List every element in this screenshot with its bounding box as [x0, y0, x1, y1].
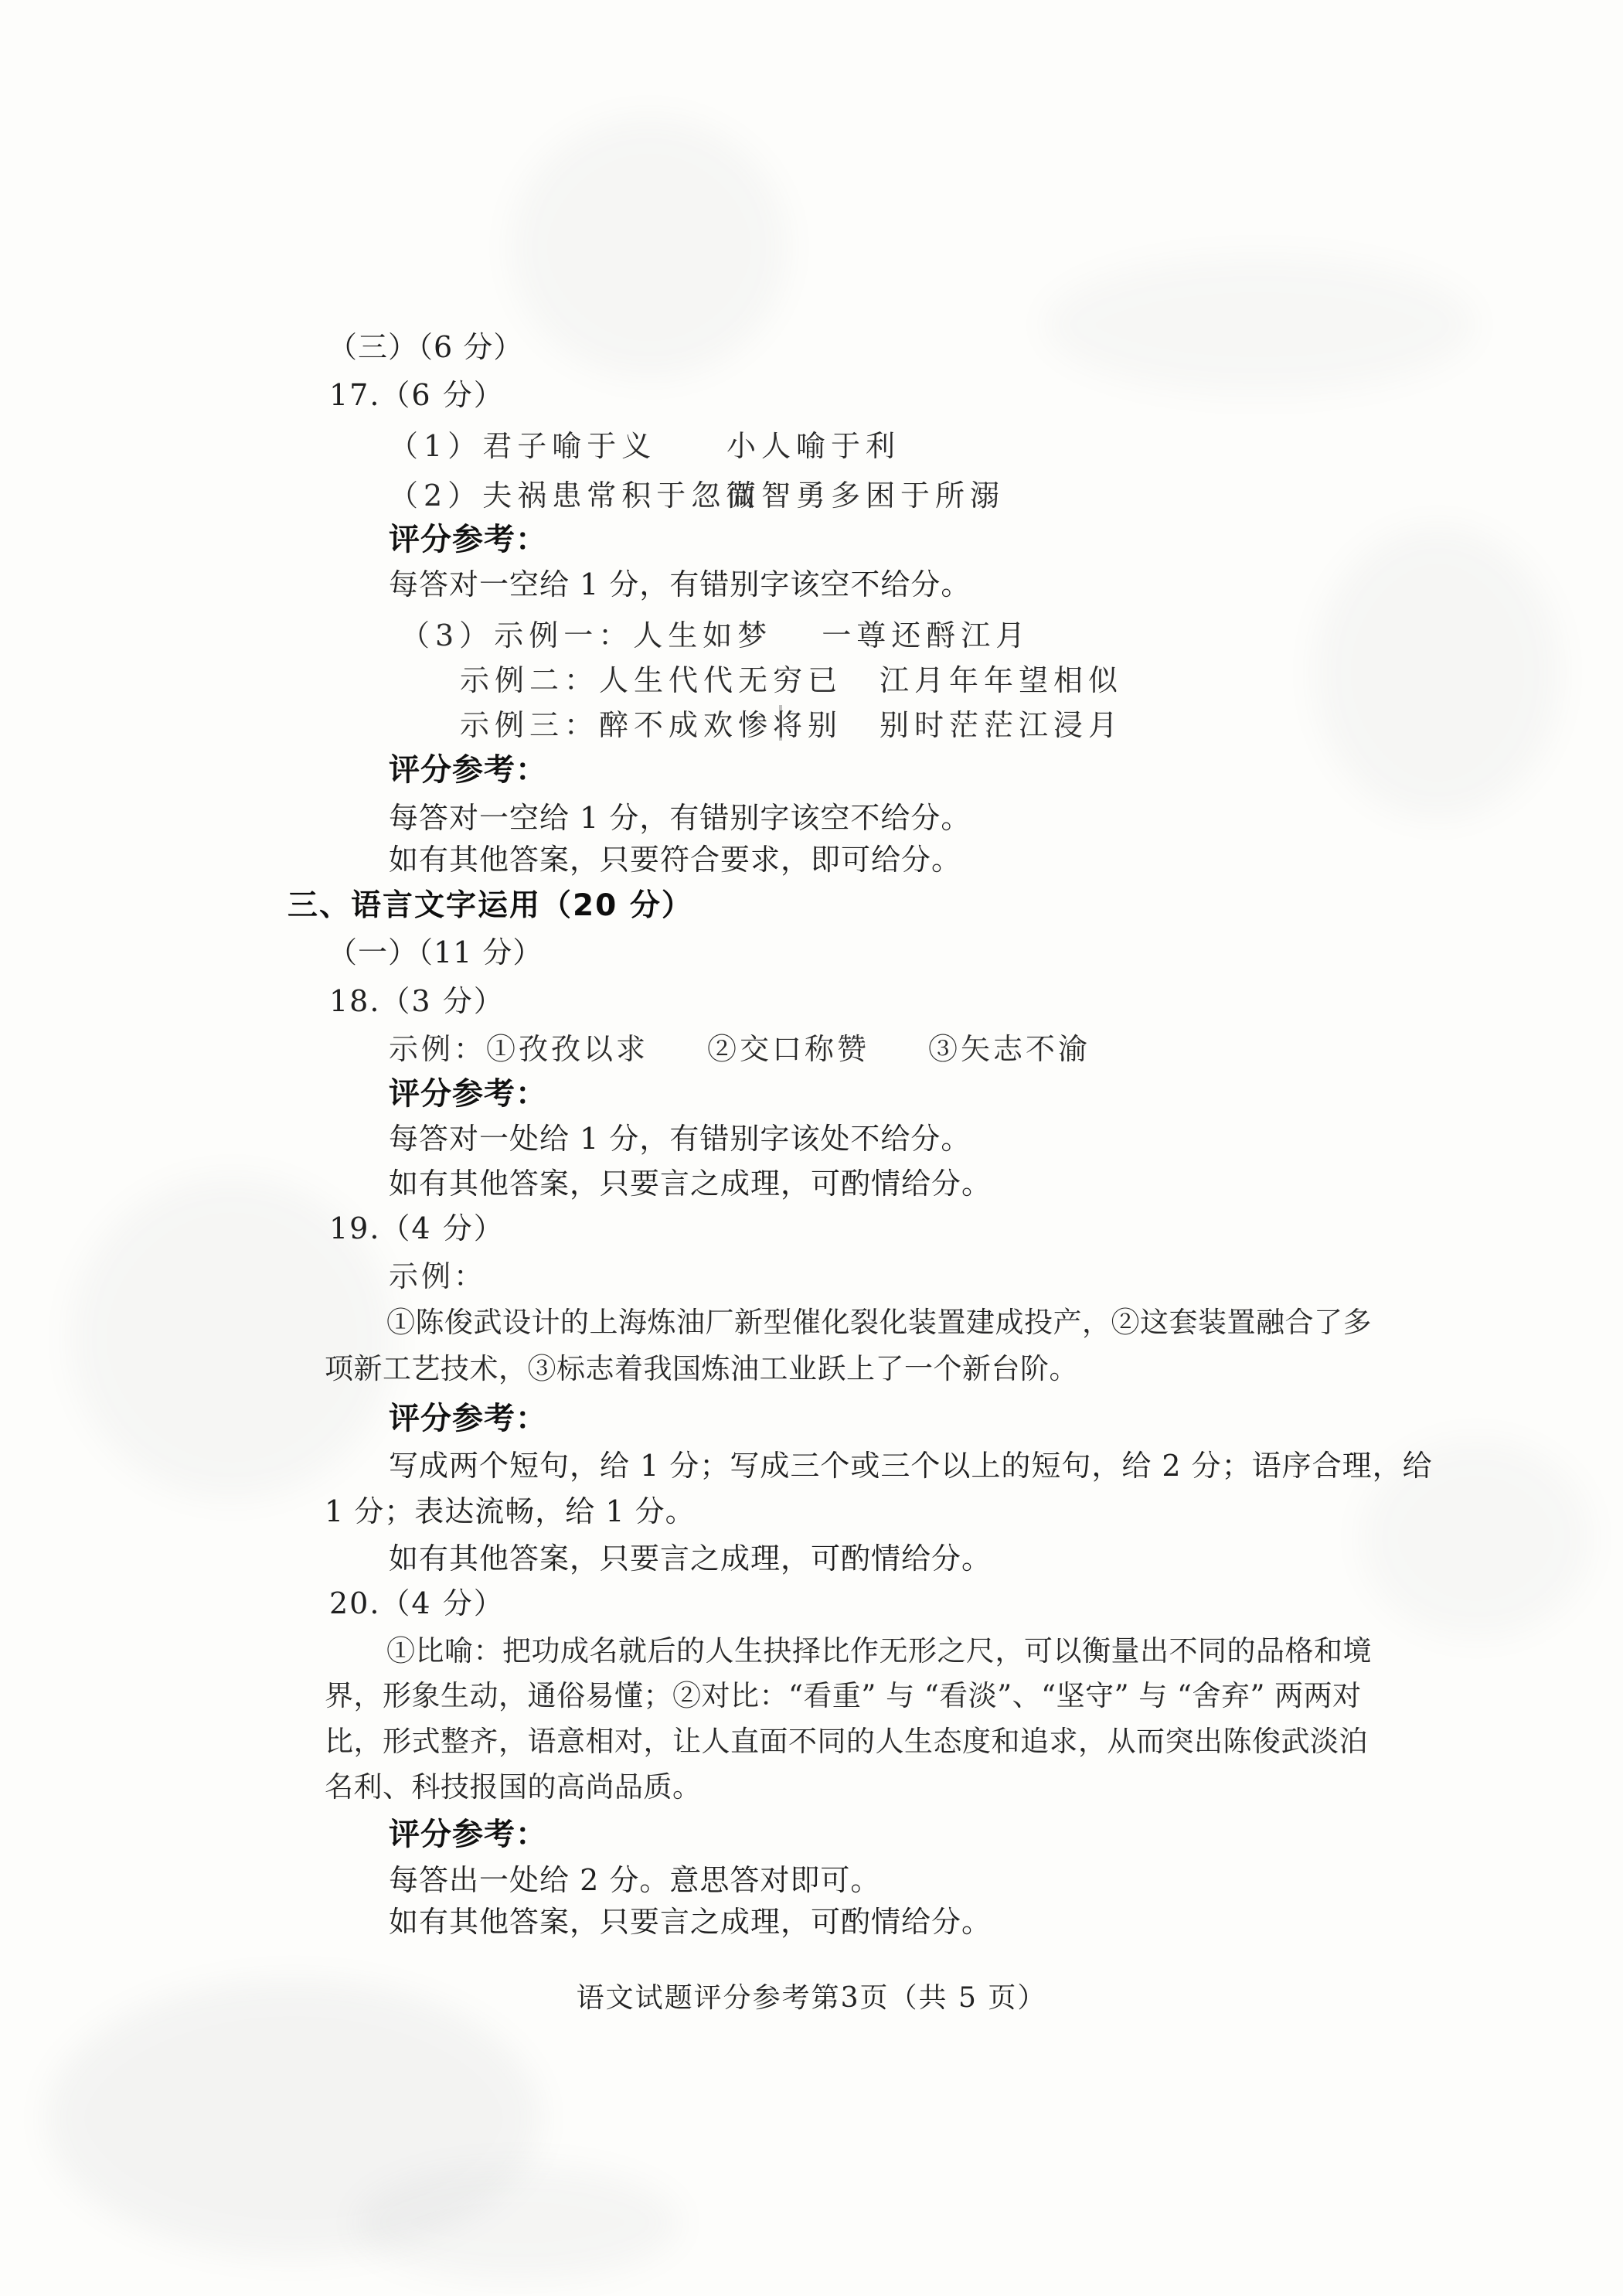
scoring-title: 评分参考：: [389, 1400, 547, 1437]
answer-17-2-right: 而智勇多困于所溺: [726, 477, 1005, 514]
answer-body-line: 界，形象生动，通俗易懂；②对比：“看重” 与 “看淡”、“坚守” 与 “舍弃” …: [325, 1678, 1362, 1715]
scoring-note: 每答对一空给 1 分，有错别字该空不给分。: [389, 799, 971, 836]
part-heading-three: （三）（6 分）: [328, 329, 523, 366]
answer-17-1-left: 君子喻于义: [482, 429, 656, 463]
answer-body-line: 项新工艺技术，③标志着我国炼油工业跃上了一个新台阶。: [325, 1351, 1078, 1388]
example-item-2: ②交口称赞: [707, 1032, 869, 1066]
scan-artifact: [1314, 526, 1561, 819]
scoring-note: 1 分；表达流畅，给 1 分。: [325, 1493, 696, 1530]
scoring-title: 评分参考：: [389, 1075, 547, 1112]
scan-artifact: [46, 1979, 541, 2257]
column-gap: [772, 645, 822, 646]
column-gap: [648, 1058, 707, 1059]
answer-body-line: 名利、科技报国的高尚品质。: [325, 1769, 702, 1806]
example-1-right: 一尊还酹江月: [822, 618, 1030, 652]
column-gap: [842, 734, 880, 735]
scoring-note: 如有其他答案，只要言之成理，可酌情给分。: [389, 1540, 992, 1577]
answer-body-line: ①比喻：把功成名就后的人生抉择比作无形之尺，可以衡量出不同的品格和境: [386, 1633, 1372, 1670]
scoring-note: 如有其他答案，只要符合要求，即可给分。: [389, 841, 961, 878]
example-3-label: 示例三：: [460, 708, 599, 742]
scan-artifact: [510, 116, 788, 379]
question-17-number: 17.（6 分）: [329, 376, 505, 414]
answer-17-1-right: 小人喻于利: [726, 428, 900, 465]
answer-row-17-1: （1）君子喻于义: [389, 428, 656, 465]
answer-17-3-no: （3）: [400, 618, 494, 652]
scan-artifact: [1043, 255, 1476, 394]
answer-17-2-left: 夫祸患常积于忽微: [482, 479, 760, 513]
example-2-label: 示例二：: [460, 663, 599, 697]
scoring-title: 评分参考：: [389, 1816, 547, 1853]
example-row-17-3-1: （3）示例一：人生如梦一尊还酹江月: [400, 617, 1030, 654]
column-gap: [869, 1058, 928, 1059]
question-19-number: 19.（4 分）: [329, 1210, 505, 1247]
example-2-right: 江月年年望相似: [880, 663, 1123, 697]
part-heading-one: （一）（11 分）: [328, 934, 543, 971]
scoring-note: 如有其他答案，只要言之成理，可酌情给分。: [389, 1165, 992, 1202]
example-item-3: ③矢志不渝: [928, 1032, 1091, 1066]
scoring-title: 评分参考：: [389, 751, 547, 789]
example-3-right: 别时茫茫江浸月: [880, 708, 1123, 742]
example-row-18: 示例：①孜孜以求②交口称赞③矢志不渝: [389, 1030, 1091, 1068]
example-label-19: 示例：: [389, 1258, 486, 1295]
page-footer: 语文试题评分参考第3页（共 5 页）: [0, 1976, 1623, 2015]
example-label: 示例：: [389, 1032, 486, 1066]
example-1-left: 人生如梦: [633, 618, 772, 652]
scoring-note: 每答对一处给 1 分，有错别字该处不给分。: [389, 1120, 971, 1157]
scan-artifact: [356, 2165, 680, 2281]
question-18-number: 18.（3 分）: [329, 983, 505, 1020]
scoring-note: 每答对一空给 1 分，有错别字该空不给分。: [389, 566, 971, 603]
example-row-17-3-2: 示例二：人生代代无穷已江月年年望相似: [460, 662, 1123, 699]
example-row-17-3-3: 示例三：醉不成欢惨将别别时茫茫江浸月: [460, 707, 1123, 744]
answer-row-17-2: （2）夫祸患常积于忽微: [389, 477, 760, 514]
answer-17-1-no: （1）: [389, 429, 482, 463]
example-item-1: ①孜孜以求: [486, 1032, 648, 1066]
answer-body-line: 比，形式整齐，语意相对，让人直面不同的人生态度和追求，从而突出陈俊武淡泊: [325, 1723, 1368, 1760]
scoring-note: 如有其他答案，只要言之成理，可酌情给分。: [389, 1903, 992, 1940]
scanned-exam-answer-page: （三）（6 分） 17.（6 分） （1）君子喻于义 小人喻于利 （2）夫祸患常…: [0, 0, 1623, 2296]
section-heading-language-use: 三、语言文字运用（20 分）: [288, 887, 693, 925]
example-3-left: 醉不成欢惨将别: [599, 708, 842, 742]
example-1-label: 示例一：: [494, 618, 633, 652]
scoring-note: 写成两个短句，给 1 分；写成三个或三个以上的短句，给 2 分；语序合理，给: [389, 1447, 1433, 1484]
column-gap: [842, 690, 880, 690]
answer-body-line: ①陈俊武设计的上海炼油厂新型催化裂化装置建成投产，②这套装置融合了多: [386, 1304, 1372, 1341]
question-20-number: 20.（4 分）: [329, 1585, 505, 1622]
answer-17-2-no: （2）: [389, 479, 482, 513]
example-2-left: 人生代代无穷已: [599, 663, 842, 697]
scoring-note: 每答出一处给 2 分。意思答对即可。: [389, 1862, 880, 1899]
scoring-title: 评分参考：: [389, 521, 547, 558]
